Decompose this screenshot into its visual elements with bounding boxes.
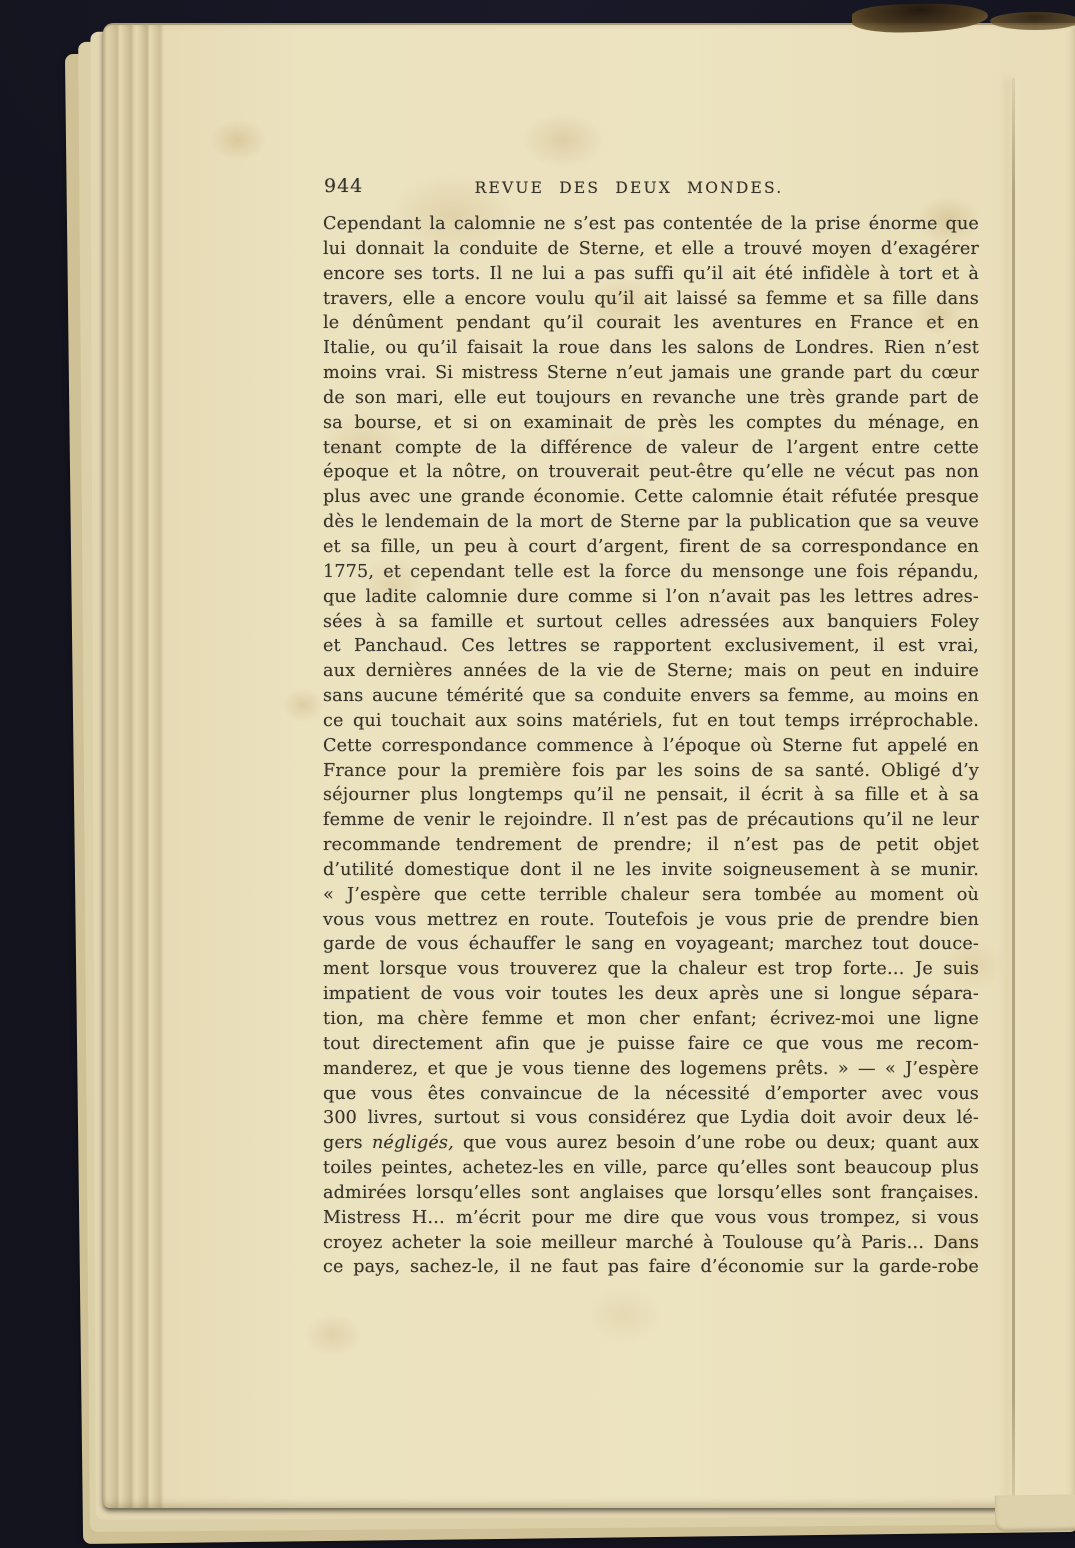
text-line: sa bourse, et si on examinait de près le… — [323, 411, 979, 436]
page-stack-edge — [995, 1494, 1075, 1531]
page-gutter-fold — [1012, 78, 1015, 1510]
text-line: sées à sa famille et surtout celles adre… — [323, 610, 979, 635]
text-line: lui donnait la conduite de Sterne, et el… — [323, 237, 979, 262]
text-line: dès le lendemain de la mort de Sterne pa… — [323, 510, 979, 535]
text-line: tion, ma chère femme et mon cher enfant;… — [323, 1007, 979, 1032]
text-line: tout directement afin que je puisse fair… — [323, 1032, 979, 1057]
text-line: 300 livres, surtout si vous considérez q… — [323, 1106, 979, 1131]
text-line: travers, elle a encore voulu qu’il ait l… — [323, 287, 979, 312]
page-header: 944 REVUE DES DEUX MONDES. — [323, 168, 979, 212]
italic-text: négligés, — [372, 1133, 454, 1153]
page-content: 944 REVUE DES DEUX MONDES. Cependant la … — [323, 168, 979, 1280]
text-line: Italie, ou qu’il faisait la roue dans le… — [323, 336, 979, 361]
text-segment: que vous aurez besoin d’une robe ou deux… — [454, 1133, 979, 1153]
text-line: toiles peintes, achetez-les en ville, pa… — [323, 1156, 979, 1181]
text-line: manderez, et que je vous tienne des loge… — [323, 1057, 979, 1082]
text-line: ment lorsque vous trouverez que la chale… — [323, 957, 979, 982]
text-line: et Panchaud. Ces lettres se rapportent e… — [323, 634, 979, 659]
page-edge-tear — [990, 12, 1075, 30]
text-line: tenant compte de la différence de valeur… — [323, 436, 979, 461]
text-line: de son mari, elle eut toujours en revanc… — [323, 386, 979, 411]
text-line: que ladite calomnie dure comme si l’on n… — [323, 585, 979, 610]
text-line: vous vous mettrez en route. Toutefois je… — [323, 908, 979, 933]
text-line: ce qui touchait aux soins matériels, fut… — [323, 709, 979, 734]
text-line: séjourner plus longtemps qu’il ne pensai… — [323, 783, 979, 808]
page-number: 944 — [324, 175, 363, 197]
text-line: plus avec une grande économie. Cette cal… — [323, 485, 979, 510]
text-line: ce pays, sachez-le, il ne faut pas faire… — [323, 1255, 979, 1280]
text-line: croyez acheter la soie meilleur marché à… — [323, 1231, 979, 1256]
book-scan: 944 REVUE DES DEUX MONDES. Cependant la … — [0, 0, 1075, 1548]
text-line: Cette correspondance commence à l’époque… — [323, 734, 979, 759]
text-line: admirées lorsqu’elles sont anglaises que… — [323, 1181, 979, 1206]
text-line: 1775, et cependant telle est la force du… — [323, 560, 979, 585]
text-segment: gers — [323, 1133, 372, 1153]
text-line: gers négligés, que vous aurez besoin d’u… — [323, 1131, 979, 1156]
text-line: que vous êtes convaincue de la nécessité… — [323, 1082, 979, 1107]
text-line: d’utilité domestique dont il ne les invi… — [323, 858, 979, 883]
text-line: recommande tendrement de prendre; il n’e… — [323, 833, 979, 858]
text-line: impatient de vous voir toutes les deux a… — [323, 982, 979, 1007]
page-text: Cependant la calomnie ne s’est pas conte… — [323, 212, 979, 1280]
text-line: encore ses torts. Il ne lui a pas suffi … — [323, 262, 979, 287]
running-title: REVUE DES DEUX MONDES. — [475, 179, 784, 197]
text-line: garde de vous échauffer le sang en voyag… — [323, 932, 979, 957]
text-line: France pour la première fois par les soi… — [323, 759, 979, 784]
text-line: « J’espère que cette terrible chaleur se… — [323, 883, 979, 908]
text-line: moins vrai. Si mistress Sterne n’eut jam… — [323, 361, 979, 386]
text-line: aux dernières années de la vie de Sterne… — [323, 659, 979, 684]
text-line: époque et la nôtre, on trouverait peut-ê… — [323, 460, 979, 485]
text-line: sans aucune témérité que sa conduite env… — [323, 684, 979, 709]
text-line: et sa fille, un peu à court d’argent, fi… — [323, 535, 979, 560]
text-line: le dénûment pendant qu’il courait les av… — [323, 311, 979, 336]
text-line: Mistress H… m’écrit pour me dire que vou… — [323, 1206, 979, 1231]
text-line: Cependant la calomnie ne s’est pas conte… — [323, 212, 979, 237]
text-line: femme de venir le rejoindre. Il n’est pa… — [323, 808, 979, 833]
